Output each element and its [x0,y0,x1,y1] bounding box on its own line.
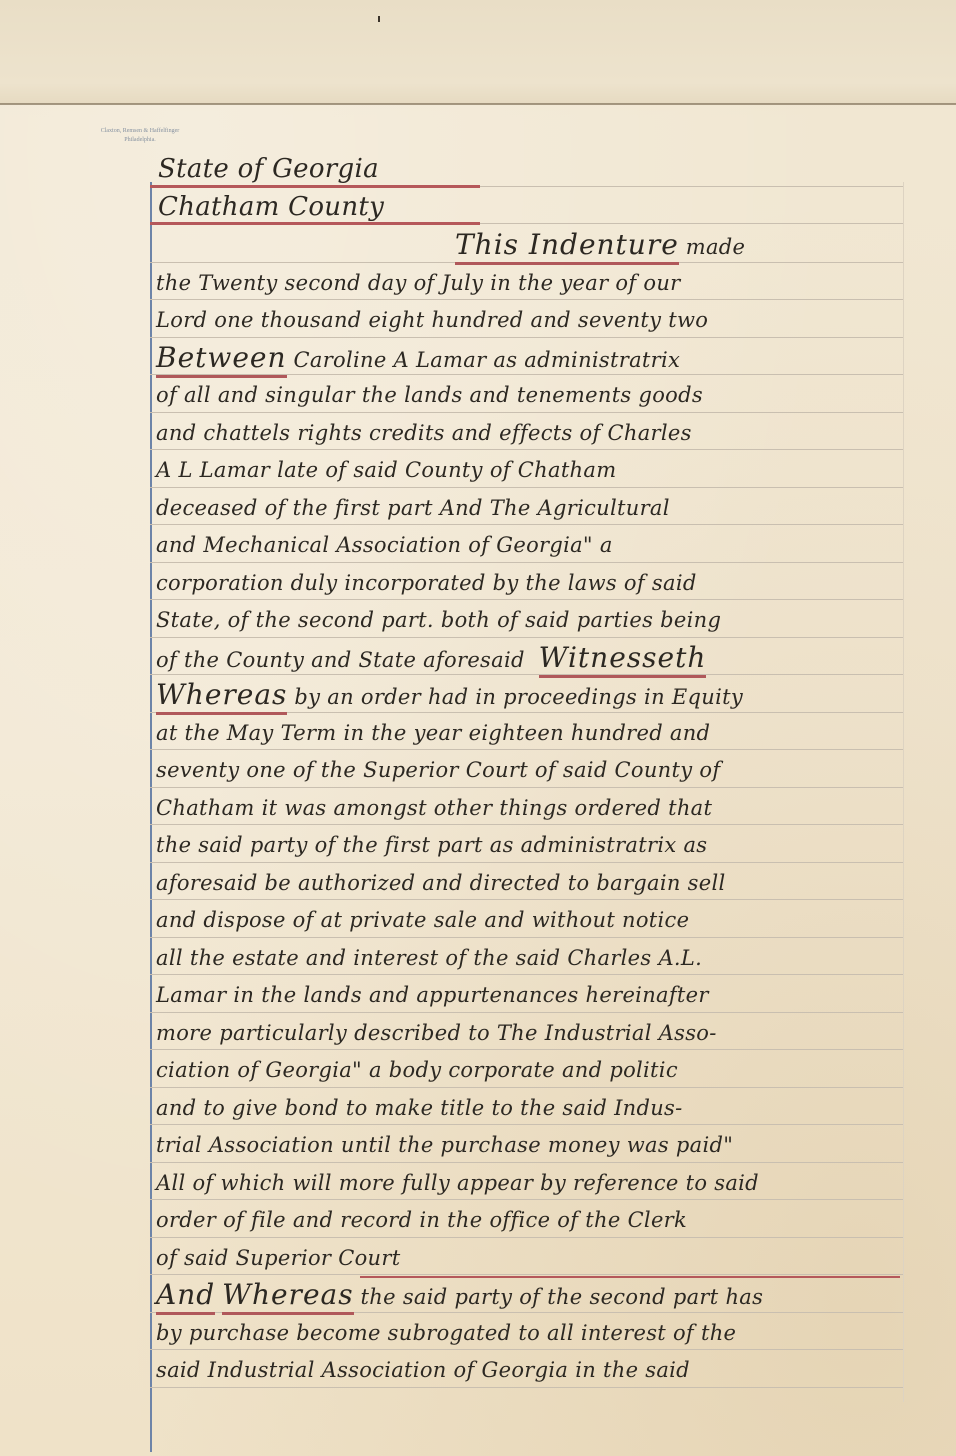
text-line: corporation duly incorporated by the law… [156,566,906,600]
line-text: Lamar in the lands and appurtenances her… [156,983,709,1007]
text-line: of all and singular the lands and teneme… [156,378,906,412]
line-text: more particularly described to The Indus… [156,1021,717,1045]
and-heading: And [156,1278,215,1315]
ruled-line [150,337,903,338]
ruled-line [150,937,903,938]
text-line: and Mechanical Association of Georgia" a [156,528,906,562]
ruled-line [150,637,903,638]
text-line: the Twenty second day of July in the yea… [156,266,906,300]
line-text: of said Superior Court [156,1246,400,1270]
whereas-heading: Whereas [156,678,287,715]
ruled-line [150,412,903,413]
ruled-line [150,1237,903,1238]
ink-mark [378,16,380,22]
witnesseth-heading: Witnesseth [539,641,707,678]
ruled-line [150,1387,903,1388]
text-line: seventy one of the Superior Court of sai… [156,753,906,787]
imprint-publisher: Claxton, Remsen & Haffelfinger [60,127,220,136]
line-text: all the estate and interest of the said … [156,946,702,970]
line-text: aforesaid be authorized and directed to … [156,871,726,895]
ruled-line [150,862,903,863]
ruled-line [150,487,903,488]
ruled-line [150,1012,903,1013]
text-line: ciation of Georgia" a body corporate and… [156,1053,906,1087]
text-line: all the estate and interest of the said … [156,941,906,975]
line-text: Chatham it was amongst other things orde… [156,796,712,820]
text-line: and to give bond to make title to the sa… [156,1091,906,1125]
ruled-line [150,562,903,563]
text-line: Chatham it was amongst other things orde… [156,791,906,825]
fold-crease [0,103,956,105]
line-indenture: This Indenture made [455,228,956,262]
text-line: more particularly described to The Indus… [156,1016,906,1050]
document-page: Claxton, Remsen & Haffelfinger Philadelp… [0,0,956,1456]
ruled-line [150,1162,903,1163]
line-text: seventy one of the Superior Court of sai… [156,758,720,782]
text-line: aforesaid be authorized and directed to … [156,866,906,900]
text-line: deceased of the first part And The Agric… [156,491,906,525]
line-text: by purchase become subrogated to all int… [156,1321,736,1345]
ruled-line [150,1087,903,1088]
line-text: of the County and State aforesaid [156,648,525,672]
text-line: the said party of the first part as admi… [156,828,906,862]
text-line: and chattels rights credits and effects … [156,416,906,450]
line-text: order of file and record in the office o… [156,1208,687,1232]
line-text: trial Association until the purchase mon… [156,1133,733,1157]
line-text: Lord one thousand eight hundred and seve… [156,308,708,332]
line-text: and dispose of at private sale and witho… [156,908,689,932]
text-line: trial Association until the purchase mon… [156,1128,906,1162]
line-text: corporation duly incorporated by the law… [156,571,697,595]
line-text: A L Lamar late of said County of Chatham [156,458,616,482]
left-margin-line [150,182,152,1452]
text-line: All of which will more fully appear by r… [156,1166,906,1200]
heading-state-text: State of Georgia [158,154,379,184]
text-line: And Whereas the said party of the second… [156,1278,906,1312]
red-underline [150,222,480,225]
line-text: and chattels rights credits and effects … [156,421,692,445]
line-text: and to give bond to make title to the sa… [156,1096,683,1120]
text-line: at the May Term in the year eighteen hun… [156,716,906,750]
heading-state: State of Georgia [158,152,908,186]
line-text: State, of the second part. both of said … [156,608,721,632]
ruled-line [150,787,903,788]
text-line: order of file and record in the office o… [156,1203,906,1237]
text-line: Between Caroline A Lamar as administratr… [156,341,906,375]
printer-imprint: Claxton, Remsen & Haffelfinger Philadelp… [60,127,220,145]
line-text: made [679,235,745,259]
text-line: A L Lamar late of said County of Chatham [156,453,906,487]
line-text: All of which will more fully appear by r… [156,1171,759,1195]
text-line: of the County and State aforesaid Witnes… [156,641,906,675]
text-line: and dispose of at private sale and witho… [156,903,906,937]
folded-top-flap [0,0,956,104]
line-text: the Twenty second day of July in the yea… [156,271,680,295]
line-text: by an order had in proceedings in Equity [287,685,743,709]
line-text: of all and singular the lands and teneme… [156,383,703,407]
line-text: said Industrial Association of Georgia i… [156,1358,690,1382]
line-text: Caroline A Lamar as administratrix [287,348,681,372]
indenture-heading: This Indenture [455,228,679,265]
imprint-city: Philadelphia. [60,136,220,145]
heading-county: Chatham County [158,190,908,224]
red-underline [150,185,480,188]
text-line: Lamar in the lands and appurtenances her… [156,978,906,1012]
line-text: ciation of Georgia" a body corporate and… [156,1058,678,1082]
line-text: deceased of the first part And The Agric… [156,496,670,520]
text-line: State, of the second part. both of said … [156,603,906,637]
text-line: of said Superior Court [156,1241,906,1275]
between-heading: Between [156,341,287,378]
line-text: the said party of the first part as admi… [156,833,707,857]
text-line: Whereas by an order had in proceedings i… [156,678,906,712]
text-line: by purchase become subrogated to all int… [156,1316,906,1350]
line-text: at the May Term in the year eighteen hun… [156,721,710,745]
text-line: Lord one thousand eight hundred and seve… [156,303,906,337]
heading-county-text: Chatham County [158,192,384,222]
whereas-heading-2: Whereas [222,1278,353,1315]
line-text: and Mechanical Association of Georgia" a [156,533,613,557]
line-text: the said party of the second part has [354,1285,764,1309]
text-line: said Industrial Association of Georgia i… [156,1353,906,1387]
